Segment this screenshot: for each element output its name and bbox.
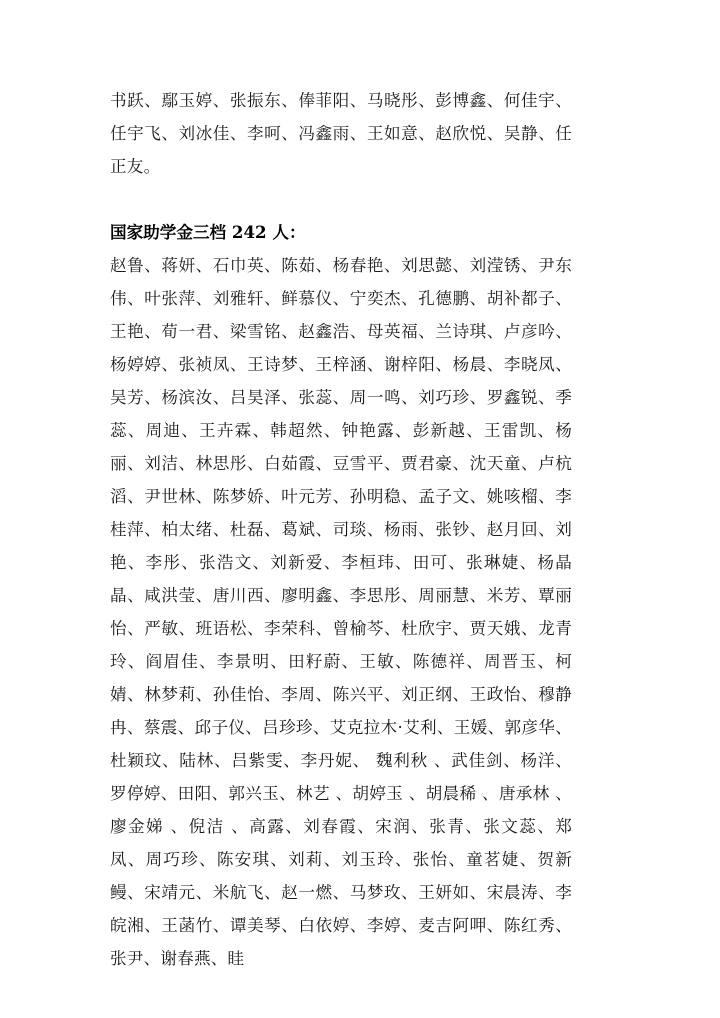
name-list-paragraph: 赵鲁、蒋妍、石巾英、陈茹、杨春艳、刘思懿、刘滢锈、尹东伟、叶张萍、刘雅轩、鲜慕仪…	[110, 249, 572, 975]
document-page: 书跃、鄢玉婷、张振东、俸菲阳、马晓彤、彭博鑫、何佳宇、任宇飞、刘冰佳、李呵、冯鑫…	[110, 84, 572, 975]
section-heading-grant-tier-3: 国家助学金三档 242 人：	[110, 216, 572, 249]
name-list-paragraph-continued: 书跃、鄢玉婷、张振东、俸菲阳、马晓彤、彭博鑫、何佳宇、任宇飞、刘冰佳、李呵、冯鑫…	[110, 84, 572, 183]
